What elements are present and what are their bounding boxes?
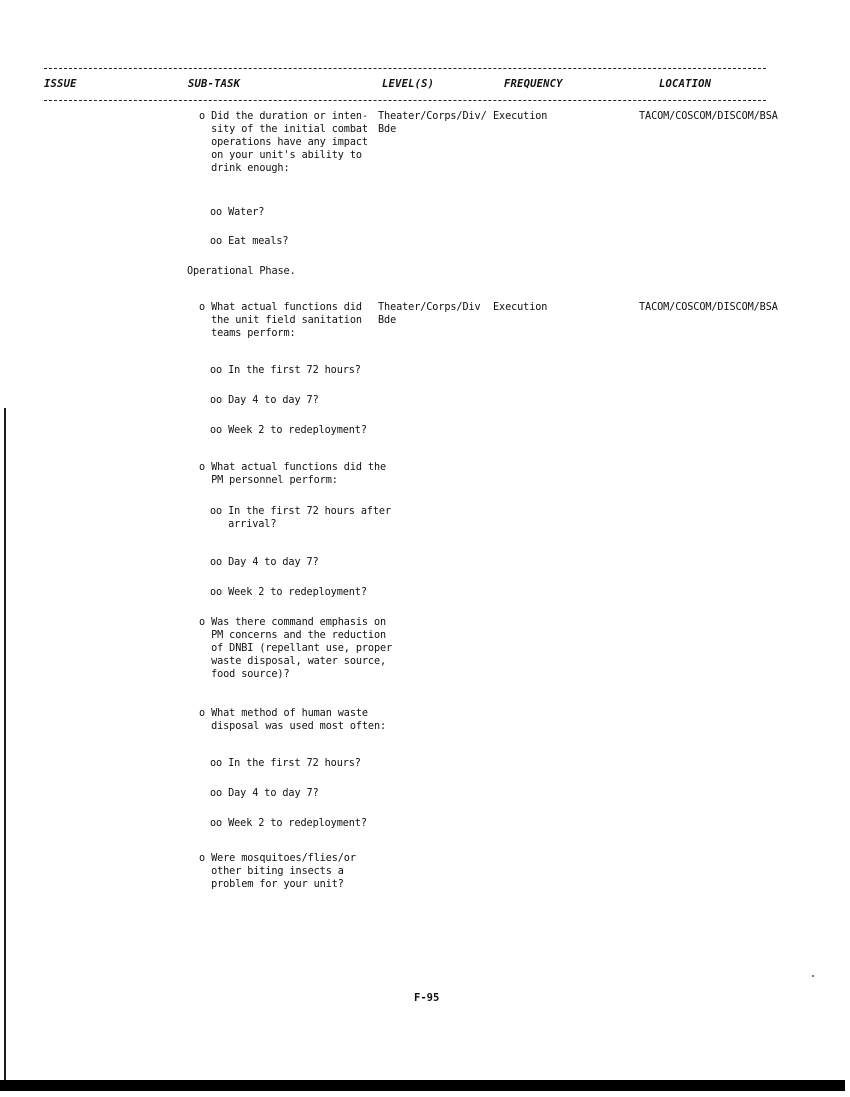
scan-left-edge [4, 408, 6, 1080]
header-top-rule [44, 68, 766, 69]
sub-question-eat-meals: oo Eat meals? [210, 235, 288, 248]
sub-question-week-2: oo Week 2 to redeployment? [210, 424, 367, 437]
sub-question-week-2: oo Week 2 to redeployment? [210, 817, 367, 830]
document-page: ISSUE SUB-TASK LEVEL(S) FREQUENCY LOCATI… [0, 0, 850, 1097]
sub-question-first-72-hours-after-arrival: oo In the first 72 hours after arrival? [210, 505, 391, 531]
scan-speck [812, 975, 814, 977]
sub-question-week-2: oo Week 2 to redeployment? [210, 586, 367, 599]
sub-question-day-4-to-7: oo Day 4 to day 7? [210, 787, 319, 800]
header-bottom-rule [44, 100, 766, 101]
sub-question-day-4-to-7: oo Day 4 to day 7? [210, 394, 319, 407]
column-header-sub-task: SUB-TASK [188, 78, 240, 90]
page-number: F-95 [414, 992, 439, 1004]
location-cell: TACOM/COSCOM/DISCOM/BSA [639, 110, 778, 123]
levels-cell: Theater/Corps/Div Bde [378, 301, 481, 327]
scan-bottom-edge [0, 1080, 845, 1091]
column-header-location: LOCATION [659, 78, 711, 90]
question-duration-intensity: o Did the duration or inten- sity of the… [199, 110, 368, 175]
location-cell: TACOM/COSCOM/DISCOM/BSA [639, 301, 778, 314]
question-sanitation-teams: o What actual functions did the unit fie… [199, 301, 362, 340]
frequency-cell: Execution [493, 110, 547, 123]
sub-question-first-72-hours: oo In the first 72 hours? [210, 757, 361, 770]
question-command-emphasis: o Was there command emphasis on PM conce… [199, 616, 392, 681]
frequency-cell: Execution [493, 301, 547, 314]
levels-cell: Theater/Corps/Div/ Bde [378, 110, 487, 136]
sub-question-day-4-to-7: oo Day 4 to day 7? [210, 556, 319, 569]
column-header-issue: ISSUE [44, 78, 77, 90]
question-biting-insects: o Were mosquitoes/flies/or other biting … [199, 852, 356, 891]
section-heading-operational-phase: Operational Phase. [187, 265, 296, 278]
sub-question-water: oo Water? [210, 206, 264, 219]
question-pm-personnel: o What actual functions did the PM perso… [199, 461, 386, 487]
column-header-frequency: FREQUENCY [504, 78, 563, 90]
sub-question-first-72-hours: oo In the first 72 hours? [210, 364, 361, 377]
column-header-levels: LEVEL(S) [382, 78, 434, 90]
question-human-waste-disposal: o What method of human waste disposal wa… [199, 707, 386, 733]
